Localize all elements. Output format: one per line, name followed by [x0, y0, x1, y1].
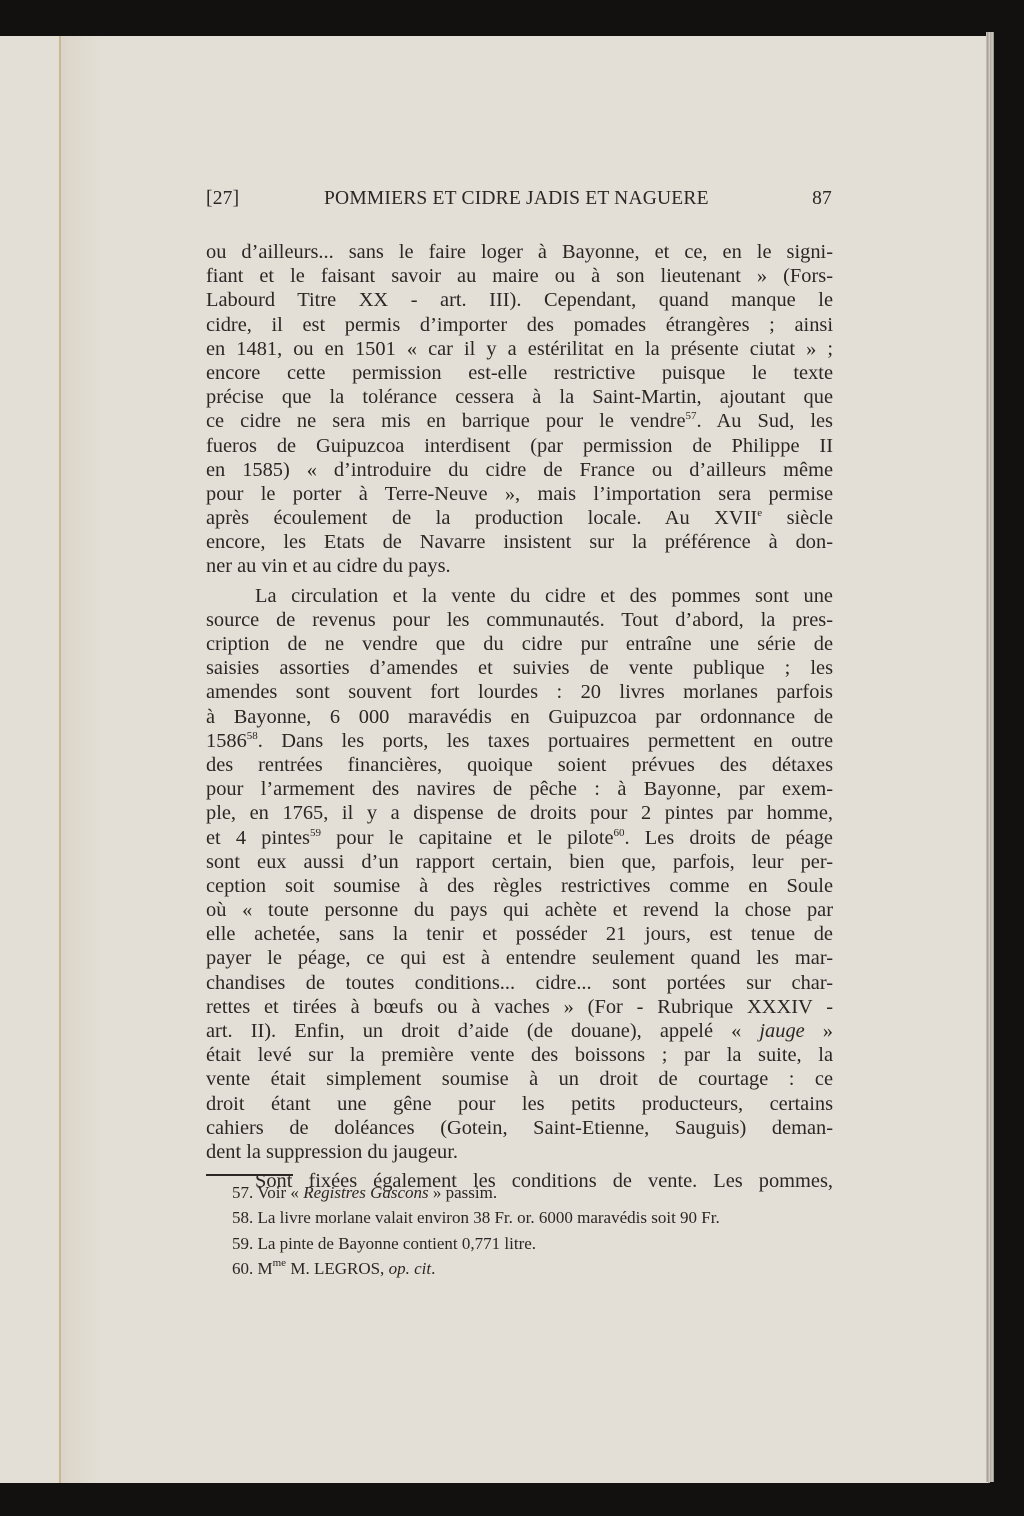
text-line: cahiers de doléances (Gotein, Saint-Etie… [206, 1116, 833, 1140]
text-line: et 4 pintes59 pour le capitaine et le pi… [206, 826, 833, 850]
text-line: fueros de Guipuzcoa interdisent (par per… [206, 434, 833, 458]
text-run: . Dans les ports, les taxes portuaires p… [258, 730, 833, 752]
text-run: . Au Sud, les [697, 410, 834, 432]
text-run: » [805, 1020, 833, 1042]
page-number: 87 [812, 188, 832, 210]
text-line: pour l’armement des navires de pêche : à… [206, 777, 833, 801]
text-run: M [258, 1259, 273, 1278]
text-line: était levé sur la première vente des boi… [206, 1043, 833, 1067]
text-run: » passim. [429, 1183, 497, 1202]
text-line: vente était simplement soumise à un droi… [206, 1067, 833, 1091]
text-run: Voir « [257, 1183, 303, 1202]
text-line: art. II). Enfin, un droit d’aide (de dou… [206, 1019, 833, 1043]
text-line: sont eux aussi d’un rapport certain, bie… [206, 850, 833, 874]
footnote-number: 59. [232, 1234, 253, 1253]
text-line: à Bayonne, 6 000 maravédis en Guipuzcoa … [206, 705, 833, 729]
body-text: ou d’ailleurs... sans le faire loger à B… [206, 240, 833, 1193]
text-line: chandises de toutes conditions... cidre.… [206, 971, 833, 995]
text-run: . [431, 1259, 435, 1278]
text-line: amendes sont souvent fort lourdes : 20 l… [206, 680, 833, 704]
gutter-shade [61, 36, 101, 1483]
text-line: cidre, il est permis d’importer des poma… [206, 313, 833, 337]
superscript-me: me [273, 1257, 286, 1269]
footnote-number: 57. [232, 1183, 253, 1202]
running-title: POMMIERS ET CIDRE JADIS ET NAGUERE [324, 188, 709, 210]
text-run: pour le capitaine et le pilote [321, 827, 614, 849]
footnote-58: 58. La livre morlane valait environ 38 F… [232, 1205, 842, 1230]
text-line: ou d’ailleurs... sans le faire loger à B… [206, 240, 833, 264]
text-run: et 4 pintes [206, 827, 310, 849]
text-line: Labourd Titre XX - art. III). Cependant,… [206, 288, 833, 312]
footnote-number: 60. [232, 1259, 253, 1278]
text-line: saisies assorties d’amendes et suivies d… [206, 656, 833, 680]
footnotes: 57. Voir « Registres Gascons » passim. 5… [232, 1180, 842, 1281]
text-line: ple, en 1765, il y a dispense de droits … [206, 801, 833, 825]
text-run: 1586 [206, 730, 247, 752]
text-run: après écoulement de la production locale… [206, 507, 757, 529]
text-line: fiant et le faisant savoir au maire ou à… [206, 264, 833, 288]
running-head: [27] POMMIERS ET CIDRE JADIS ET NAGUERE … [206, 188, 832, 218]
italic-title: Registres Gascons [303, 1183, 428, 1202]
text-line: cription de ne vendre que du cidre pur e… [206, 632, 833, 656]
footnote-ref-58[interactable]: 58 [247, 730, 258, 742]
text-line: précise que la tolérance cessera à la Sa… [206, 385, 833, 409]
text-line: rettes et tirées à bœufs ou à vaches » (… [206, 995, 833, 1019]
text-line: encore cette permission est-elle restric… [206, 361, 833, 385]
footnote-ref-57[interactable]: 57 [686, 410, 697, 422]
text-line: 158658. Dans les ports, les taxes portua… [206, 729, 833, 753]
text-line: en 1585) « d’introduire du cidre de Fran… [206, 458, 833, 482]
text-line: des rentrées financières, quoique soient… [206, 753, 833, 777]
footnote-60: 60. Mme M. LEGROS, op. cit. [232, 1256, 842, 1281]
text-run: . Les droits de péage [625, 827, 833, 849]
text-run: M. LEGROS, [286, 1259, 388, 1278]
text-line: La circulation et la vente du cidre et d… [206, 584, 833, 608]
text-line: encore, les Etats de Navarre insistent s… [206, 530, 833, 554]
footnote-59: 59. La pinte de Bayonne contient 0,771 l… [232, 1231, 842, 1256]
footnote-number: 58. [232, 1208, 253, 1227]
footnote-text: La pinte de Bayonne contient 0,771 litre… [258, 1234, 537, 1253]
italic-term: jauge [759, 1020, 804, 1042]
text-line: ce cidre ne sera mis en barrique pour le… [206, 409, 833, 433]
footnote-57: 57. Voir « Registres Gascons » passim. [232, 1180, 842, 1205]
text-line: droit étant une gêne pour les petits pro… [206, 1092, 833, 1116]
text-line: après écoulement de la production locale… [206, 506, 833, 530]
text-line: ner au vin et au cidre du pays. [206, 554, 833, 578]
footnote-text: La livre morlane valait environ 38 Fr. o… [258, 1208, 720, 1227]
italic-abbrev: op. cit [389, 1259, 432, 1278]
text-line: source de revenus pour les communautés. … [206, 608, 833, 632]
text-run: siècle [762, 507, 833, 529]
page-edge [986, 32, 994, 1482]
text-line: en 1481, ou en 1501 « car il y a estéril… [206, 337, 833, 361]
footnote-ref-60[interactable]: 60 [614, 827, 625, 839]
chapter-marker: [27] [206, 188, 239, 210]
text-run: art. II). Enfin, un droit d’aide (de dou… [206, 1020, 759, 1042]
text-run: ce cidre ne sera mis en barrique pour le… [206, 410, 686, 432]
text-line: payer le péage, ce qui est à entendre se… [206, 946, 833, 970]
text-line: où « toute personne du pays qui achète e… [206, 898, 833, 922]
footnote-ref-59[interactable]: 59 [310, 827, 321, 839]
text-line: pour le porter à Terre-Neuve », mais l’i… [206, 482, 833, 506]
text-line: dent la suppression du jaugeur. [206, 1140, 833, 1164]
paragraph-1: ou d’ailleurs... sans le faire loger à B… [206, 240, 833, 579]
footnote-rule [206, 1174, 293, 1176]
text-line: elle achetée, sans la tenir et posséder … [206, 922, 833, 946]
text-line: ception soit soumise à des règles restri… [206, 874, 833, 898]
paragraph-2: La circulation et la vente du cidre et d… [206, 584, 833, 1165]
